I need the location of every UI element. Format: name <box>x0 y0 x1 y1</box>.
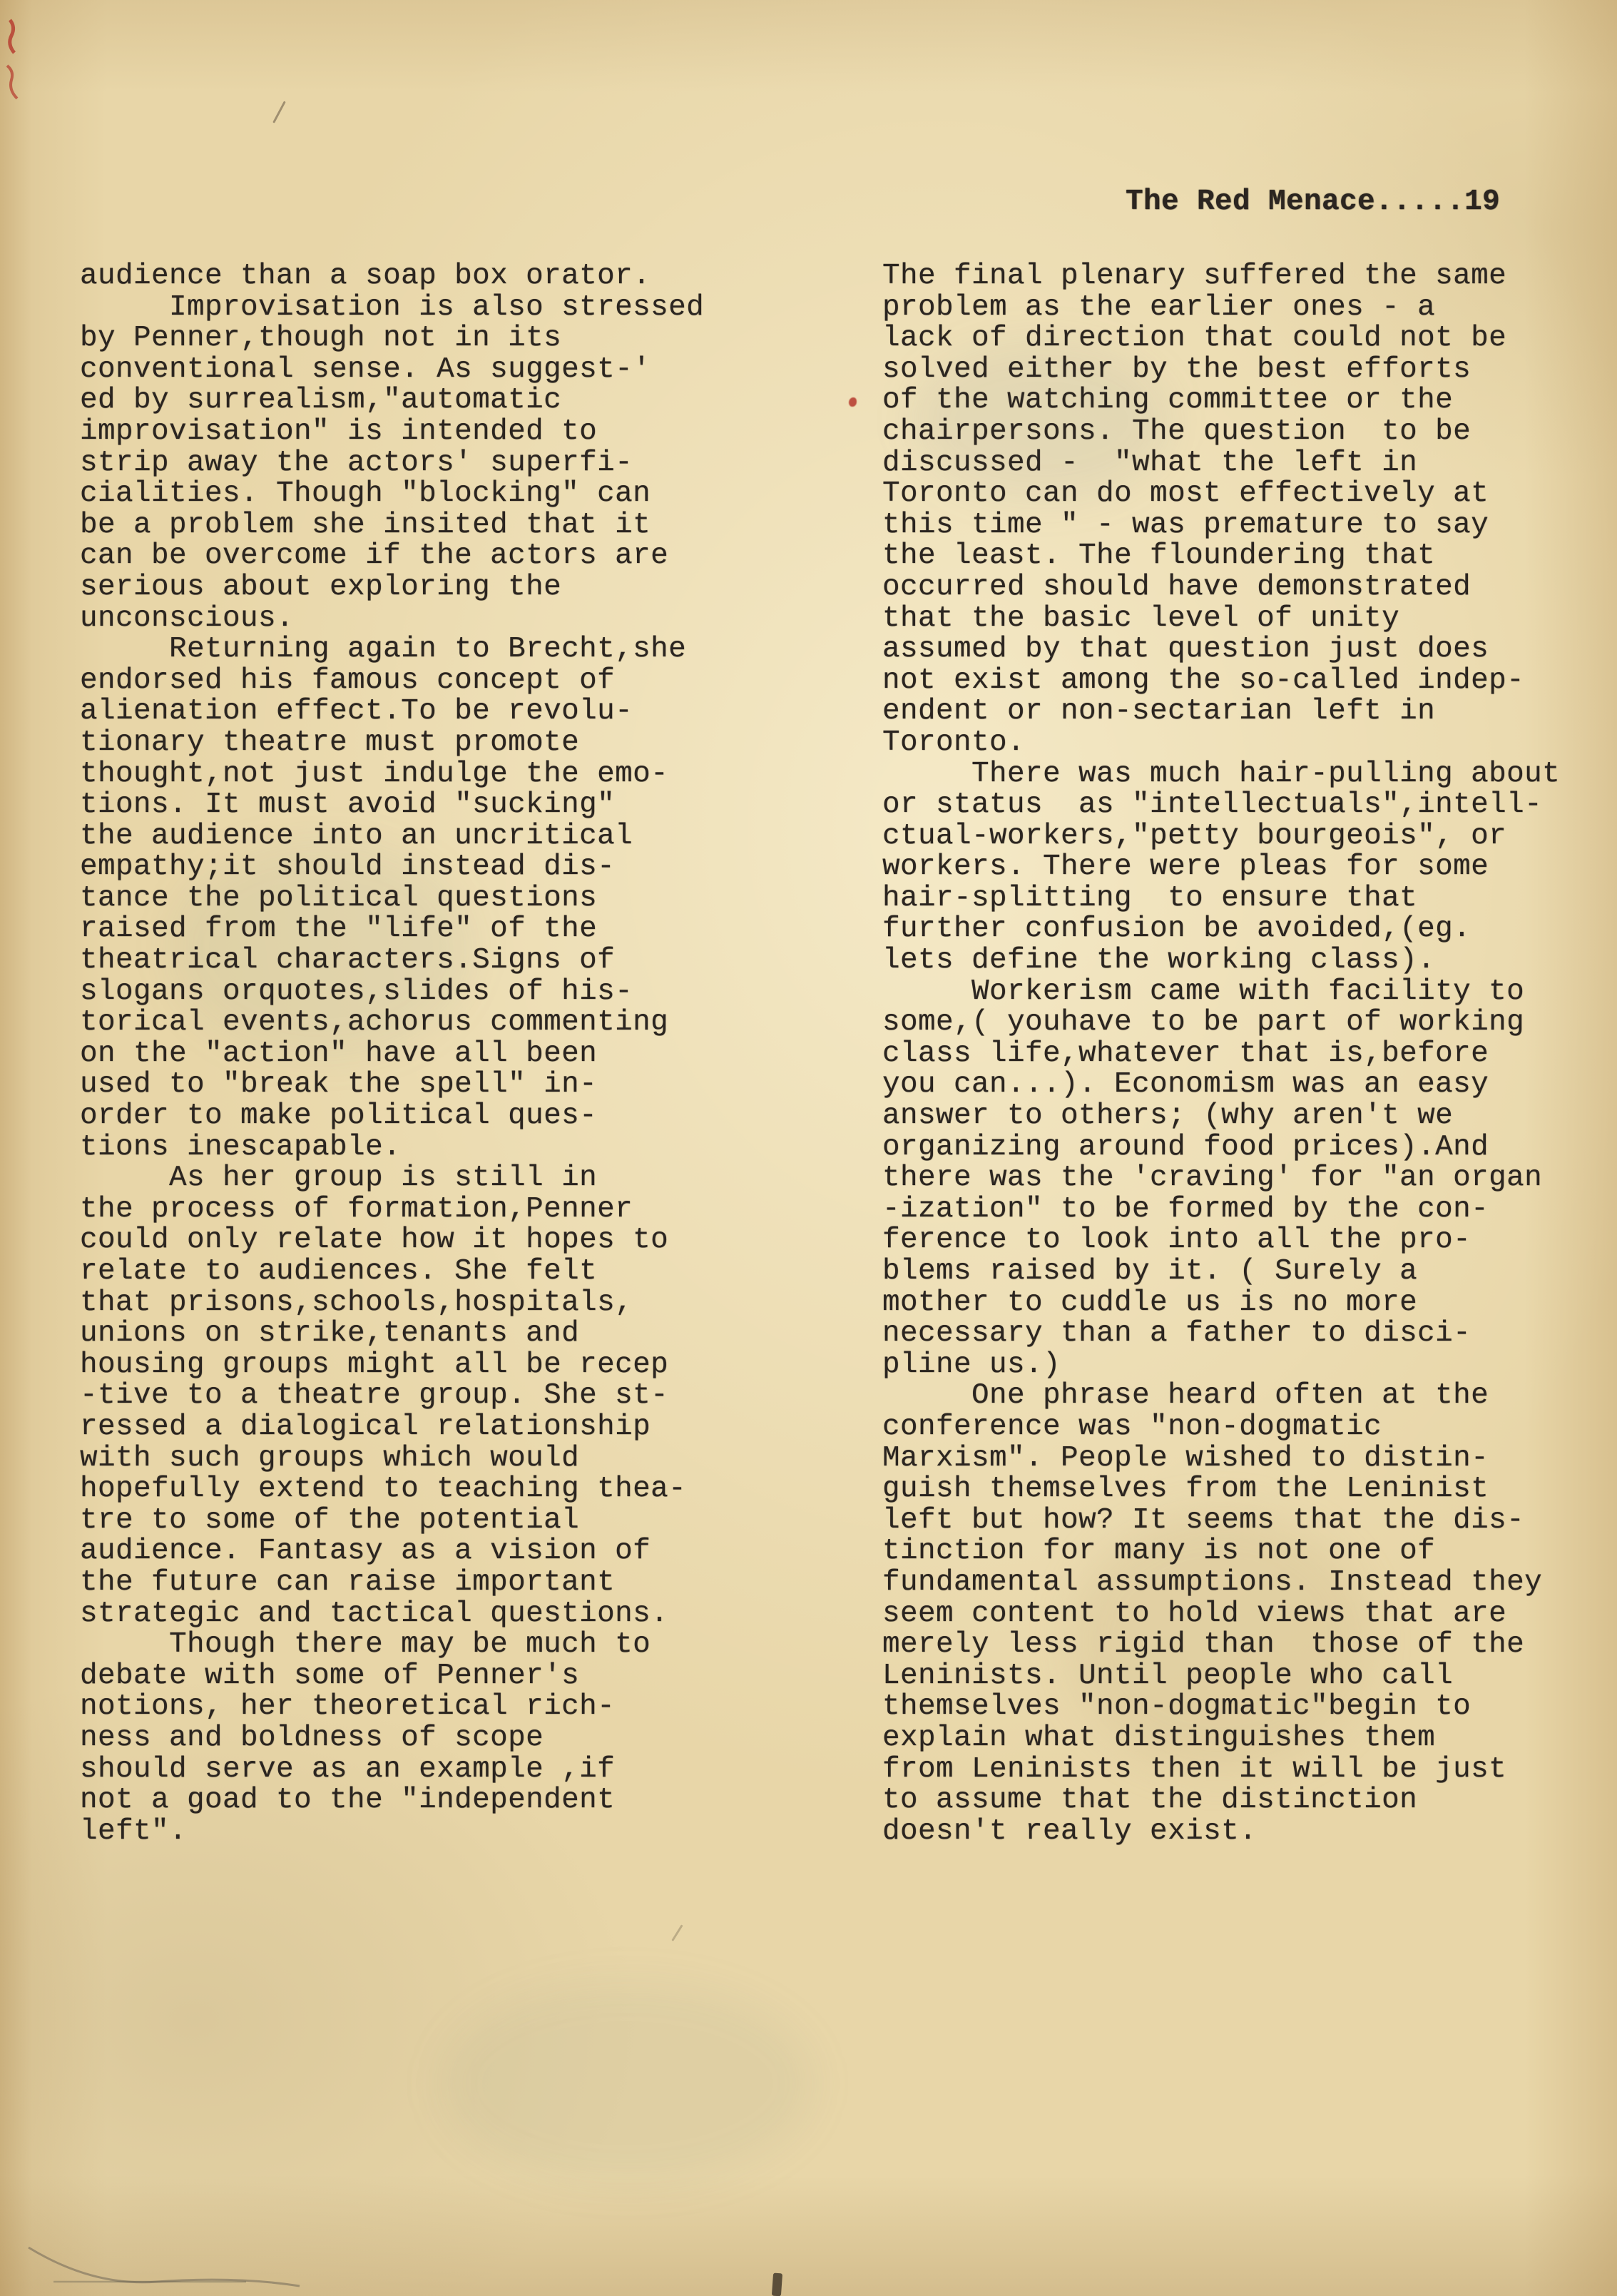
scanned-magazine-page: The Red Menace.....19 audience than a so… <box>0 0 1617 2296</box>
red-ink-dot <box>849 397 857 407</box>
left-column-text: audience than a soap box orator. Improvi… <box>80 261 704 1847</box>
ink-smudge-bottom <box>772 2273 782 2296</box>
page-title: The Red Menace.....19 <box>1126 187 1500 218</box>
right-column-text: The final plenary suffered the same prob… <box>882 261 1560 1847</box>
paper-stain <box>442 1983 813 2183</box>
stray-pen-tick <box>272 101 285 123</box>
pencil-scuff-bottom-left <box>21 2226 307 2294</box>
stray-pen-tick <box>671 1924 683 1941</box>
red-pen-edge-marks <box>0 0 43 128</box>
